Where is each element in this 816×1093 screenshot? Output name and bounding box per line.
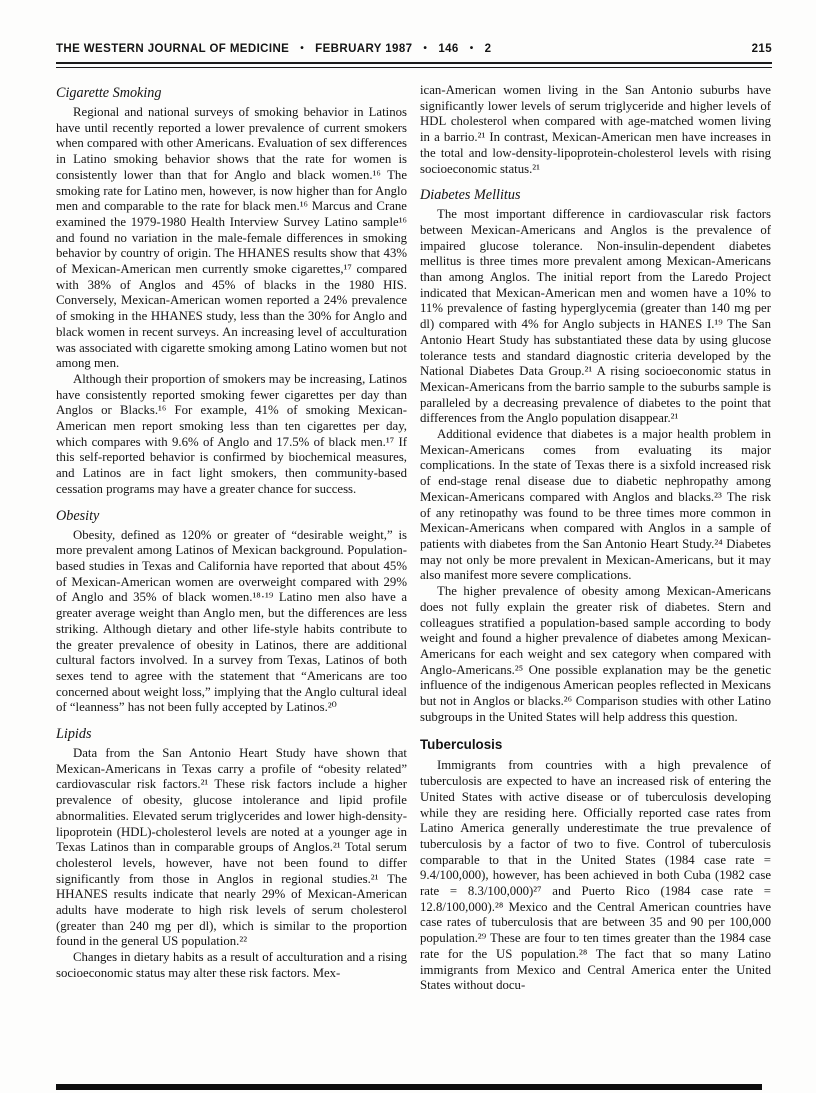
- paragraph-diabetes-1: The most important difference in cardiov…: [420, 207, 771, 427]
- paragraph-lipids-1: Data from the San Antonio Heart Study ha…: [56, 746, 407, 950]
- section-heading-diabetes-mellitus: Diabetes Mellitus: [420, 187, 771, 203]
- paragraph-cigarette-1: Regional and national surveys of smoking…: [56, 105, 407, 372]
- section-heading-lipids: Lipids: [56, 726, 407, 742]
- bullet-separator-icon: •: [300, 43, 304, 54]
- right-column: ican-American women living in the San An…: [420, 83, 771, 1086]
- paragraph-diabetes-2: Additional evidence that diabetes is a m…: [420, 427, 771, 584]
- paragraph-cigarette-2: Although their proportion of smokers may…: [56, 372, 407, 498]
- issue-number: 2: [485, 43, 492, 55]
- journal-title: THE WESTERN JOURNAL OF MEDICINE: [56, 43, 289, 55]
- running-head: THE WESTERN JOURNAL OF MEDICINE • FEBRUA…: [56, 43, 491, 55]
- page-header: THE WESTERN JOURNAL OF MEDICINE • FEBRUA…: [56, 43, 772, 55]
- page-number: 215: [752, 43, 772, 55]
- volume-number: 146: [438, 43, 458, 55]
- paragraph-tuberculosis-1: Immigrants from countries with a high pr…: [420, 758, 771, 994]
- bottom-scan-artifact-bar: [56, 1084, 762, 1090]
- issue-date: FEBRUARY 1987: [315, 43, 412, 55]
- header-double-rule: [56, 62, 772, 68]
- section-heading-obesity: Obesity: [56, 508, 407, 524]
- section-heading-cigarette-smoking: Cigarette Smoking: [56, 85, 407, 101]
- paragraph-lipids-continuation: ican-American women living in the San An…: [420, 83, 771, 177]
- paragraph-diabetes-3: The higher prevalence of obesity among M…: [420, 584, 771, 725]
- paragraph-lipids-2: Changes in dietary habits as a result of…: [56, 950, 407, 981]
- left-column: Cigarette Smoking Regional and national …: [56, 83, 407, 1086]
- paragraph-obesity-1: Obesity, defined as 120% or greater of “…: [56, 528, 407, 716]
- section-heading-tuberculosis: Tuberculosis: [420, 737, 771, 753]
- bullet-separator-icon: •: [470, 43, 474, 54]
- bullet-separator-icon: •: [423, 43, 427, 54]
- two-column-body: Cigarette Smoking Regional and national …: [56, 83, 771, 1086]
- journal-page: THE WESTERN JOURNAL OF MEDICINE • FEBRUA…: [0, 0, 816, 1093]
